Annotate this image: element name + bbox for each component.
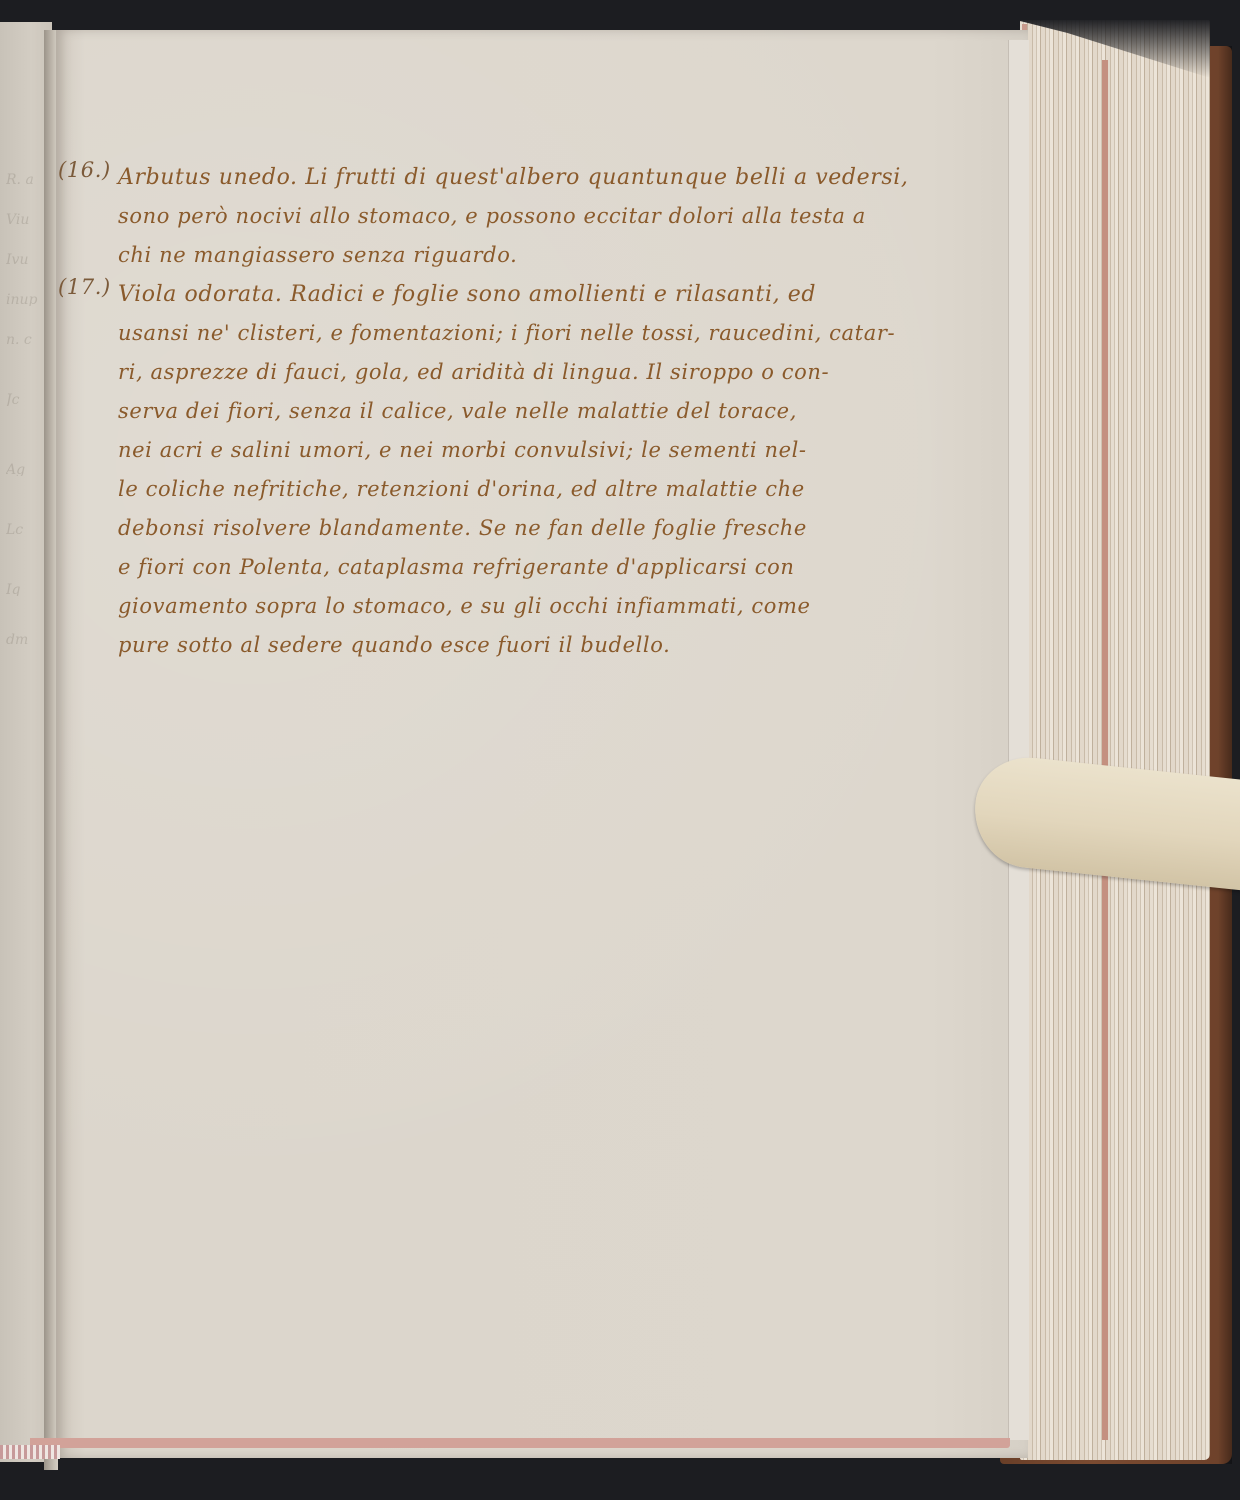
text-line: pure sotto al sedere quando esce fuori i… [58,626,938,665]
text-line: Viola odorata. Radici e foglie sono amol… [58,275,938,314]
cover-edge-shadow [1218,46,1232,1464]
ghost-text: dm [6,632,46,646]
headband-stitching [0,1445,60,1459]
text-line: giovamento sopra lo stomaco, e su gli oc… [58,587,938,626]
ghost-text: R. a [6,172,46,186]
text-line: nei acri e salini umori, e nei morbi con… [58,431,938,470]
handwritten-text: (16.) Arbutus unedo. Li frutti di quest'… [58,158,938,665]
text-line: e fiori con Polenta, cataplasma refriger… [58,548,938,587]
text-line: ri, asprezze di fauci, gola, ed aridità … [58,353,938,392]
entry-number: (16.) [58,158,118,182]
ghost-text: n. c [6,332,46,346]
ghost-text: Lc [6,522,46,536]
text-line: usansi ne' clisteri, e fomentazioni; i f… [58,314,938,353]
page-bottom-edge [30,1438,1010,1448]
ghost-text: Ag [6,462,46,476]
text-line: serva dei fiori, senza il calice, vale n… [58,392,938,431]
text-line: debonsi risolvere blandamente. Se ne fan… [58,509,938,548]
text-line: Arbutus unedo. Li frutti di quest'albero… [58,158,938,197]
ghost-text: inup [6,292,46,306]
ghost-text: Ivu [6,252,46,266]
ghost-text: Viu [6,212,46,226]
ghost-text: Iq [6,582,46,596]
text-line: sono però nocivi allo stomaco, e possono… [58,197,938,236]
page-right-margin-edge [1008,40,1029,1440]
text-line: chi ne mangiassero senza riguardo. [58,236,938,275]
ghost-text: Jc [6,392,46,406]
entry-17: (17.) Viola odorata. Radici e foglie son… [58,275,938,665]
entry-16: (16.) Arbutus unedo. Li frutti di quest'… [58,158,938,275]
entry-number: (17.) [58,275,118,299]
text-line: le coliche nefritiche, retenzioni d'orin… [58,470,938,509]
page-block-fore-edge [1020,20,1210,1460]
page-edge-pink-stripe [1102,60,1108,1440]
